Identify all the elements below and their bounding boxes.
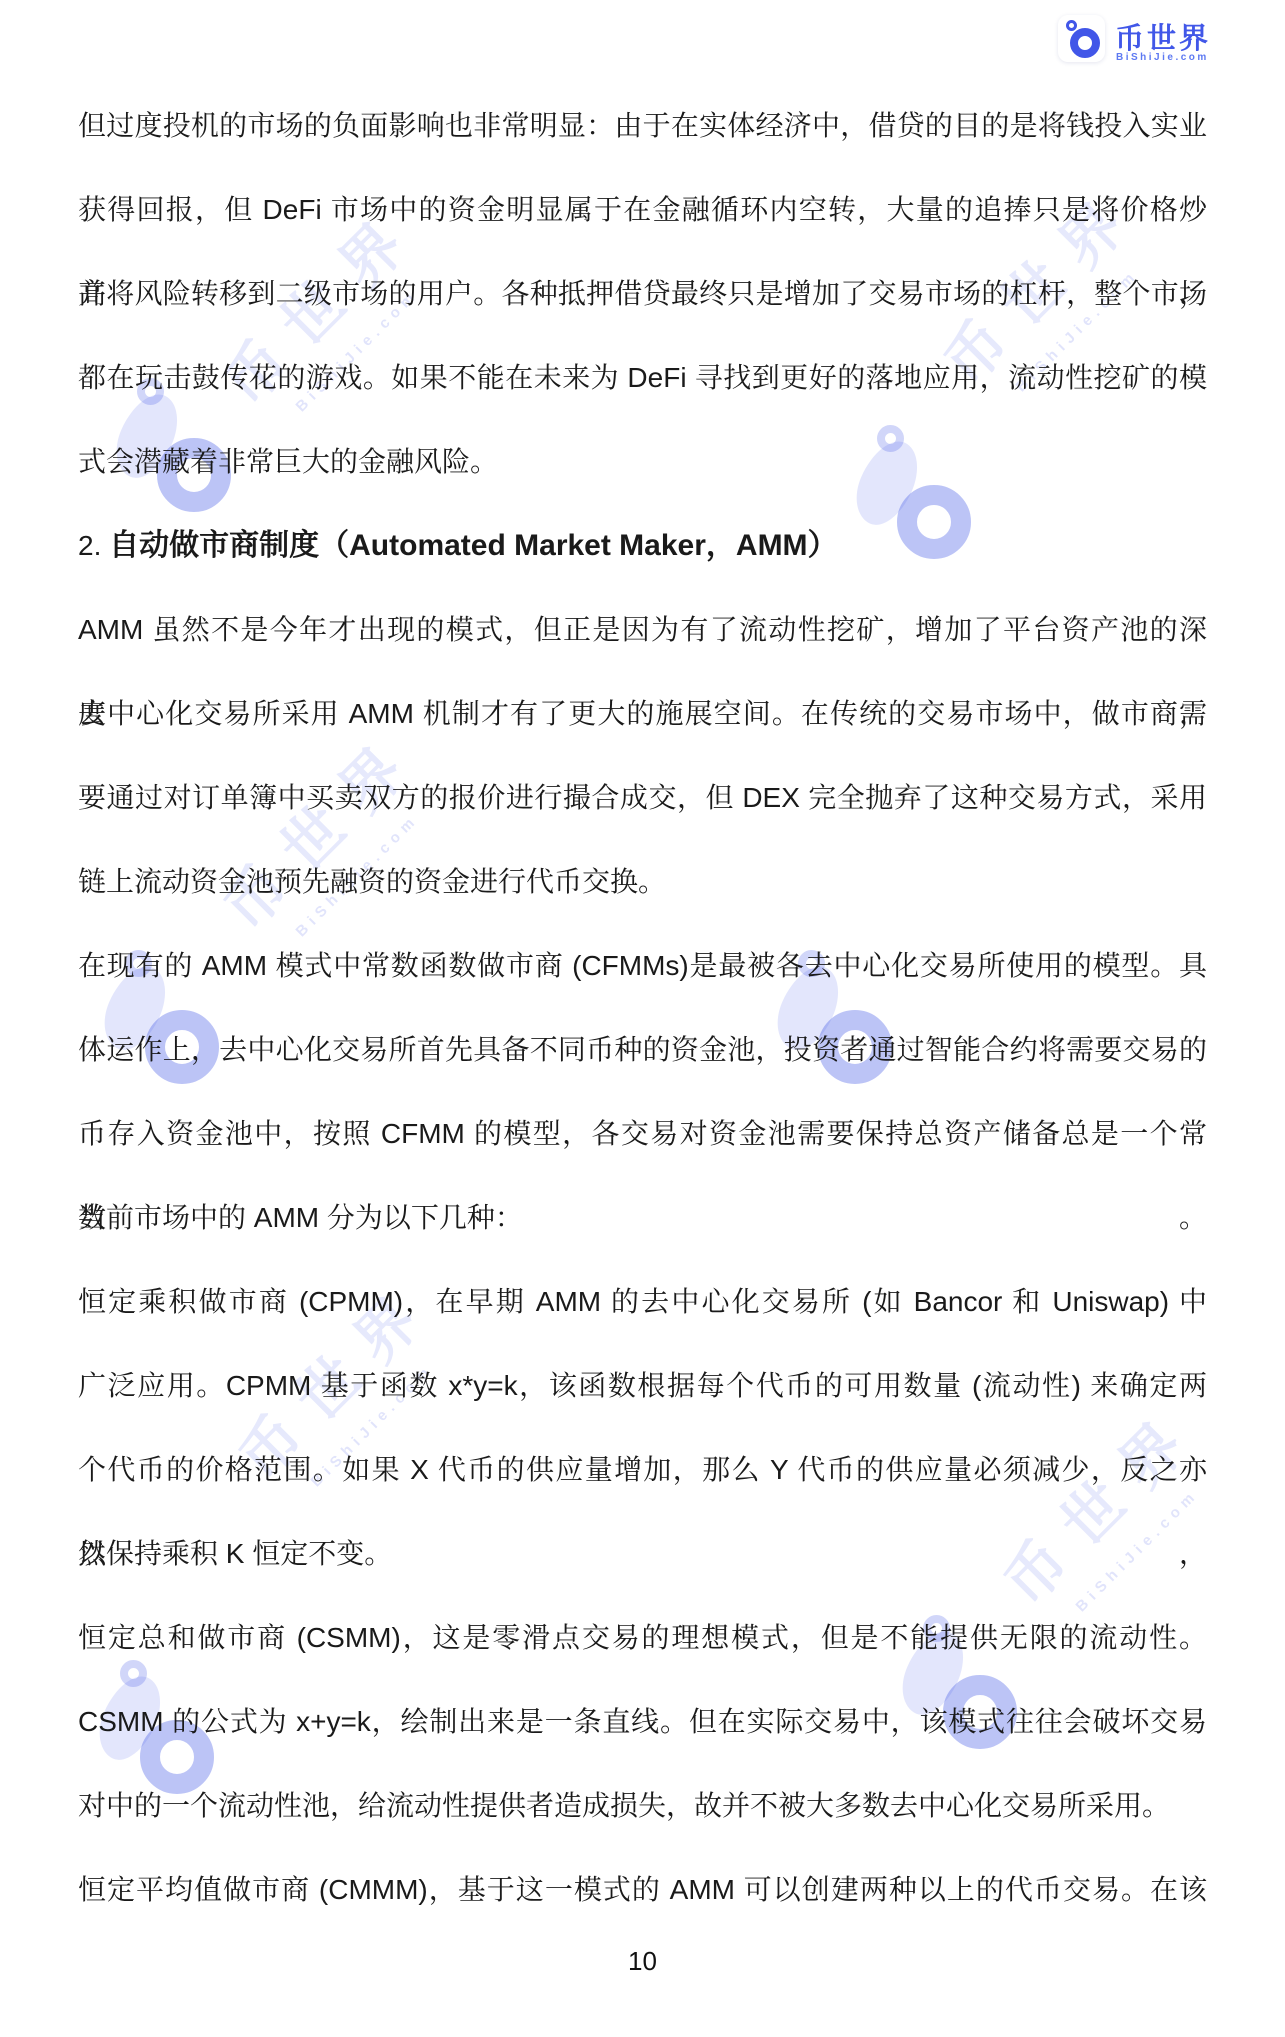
brand-domain: BiShiJie.com: [1116, 52, 1209, 63]
paragraph-line: 恒定平均值做市商 (CMMM)，基于这一模式的 AMM 可以创建两种以上的代币交…: [78, 1848, 1207, 1932]
section-number: 2.: [78, 530, 101, 561]
logo-dot-shape: [1066, 20, 1077, 31]
page-number: 10: [0, 1946, 1285, 1977]
paragraph-line: 但过度投机的市场的负面影响也非常明显：由于在实体经济中，借贷的目的是将钱投入实业: [78, 84, 1207, 168]
paragraph-line: 链上流动资金池预先融资的资金进行代币交换。: [78, 840, 1207, 924]
section-title: 自动做市商制度（Automated Market Maker，AMM）: [109, 529, 837, 562]
document-body: 但过度投机的市场的负面影响也非常明显：由于在实体经济中，借贷的目的是将钱投入实业…: [78, 84, 1207, 1932]
logo-ring-shape: [1070, 28, 1100, 58]
paragraph-line: 去中心化交易所采用 AMM 机制才有了更大的施展空间。在传统的交易市场中，做市商…: [78, 672, 1207, 756]
paragraph-line: 广泛应用。CPMM 基于函数 x*y=k，该函数根据每个代币的可用数量 (流动性…: [78, 1344, 1207, 1428]
paragraph-line: AMM 虽然不是今年才出现的模式，但正是因为有了流动性挖矿，增加了平台资产池的深…: [78, 588, 1207, 672]
paragraph-line: 个代币的价格范围。如果 X 代币的供应量增加，那么 Y 代币的供应量必须减少，反…: [78, 1428, 1207, 1512]
paragraph-line: 恒定总和做市商 (CSMM)，这是零滑点交易的理想模式，但是不能提供无限的流动性…: [78, 1596, 1207, 1680]
paragraph-line: CSMM 的公式为 x+y=k，绘制出来是一条直线。但在实际交易中，该模式往往会…: [78, 1680, 1207, 1764]
paragraph-line: 恒定乘积做市商 (CPMM)，在早期 AMM 的去中心化交易所 (如 Banco…: [78, 1260, 1207, 1344]
paragraph-line: 体运作上，去中心化交易所首先具备不同币种的资金池，投资者通过智能合约将需要交易的: [78, 1008, 1207, 1092]
section-heading: 2. 自动做市商制度（Automated Market Maker，AMM）: [78, 504, 1207, 588]
paragraph-line: 对中的一个流动性池，给流动性提供者造成损失，故并不被大多数去中心化交易所采用。: [78, 1764, 1207, 1848]
paragraph-line: 都在玩击鼓传花的游戏。如果不能在未来为 DeFi 寻找到更好的落地应用，流动性挖…: [78, 336, 1207, 420]
paragraph-line: 在现有的 AMM 模式中常数函数做市商 (CFMMs)是最被各去中心化交易所使用…: [78, 924, 1207, 1008]
bishijie-logo-icon: [1058, 15, 1105, 62]
paragraph-line: 并将风险转移到二级市场的用户。各种抵押借贷最终只是增加了交易市场的杠杆，整个市场: [78, 252, 1207, 336]
paragraph-line: 要通过对订单簿中买卖双方的报价进行撮合成交，但 DEX 完全抛弃了这种交易方式，…: [78, 756, 1207, 840]
paragraph-line: 币存入资金池中，按照 CFMM 的模型，各交易对资金池需要保持总资产储备总是一个…: [78, 1092, 1207, 1176]
brand-name: 币世界: [1115, 16, 1211, 57]
paragraph-line: 式会潜藏着非常巨大的金融风险。: [78, 420, 1207, 504]
paragraph-line: 获得回报，但 DeFi 市场中的资金明显属于在金融循环内空转，大量的追捧只是将价…: [78, 168, 1207, 252]
